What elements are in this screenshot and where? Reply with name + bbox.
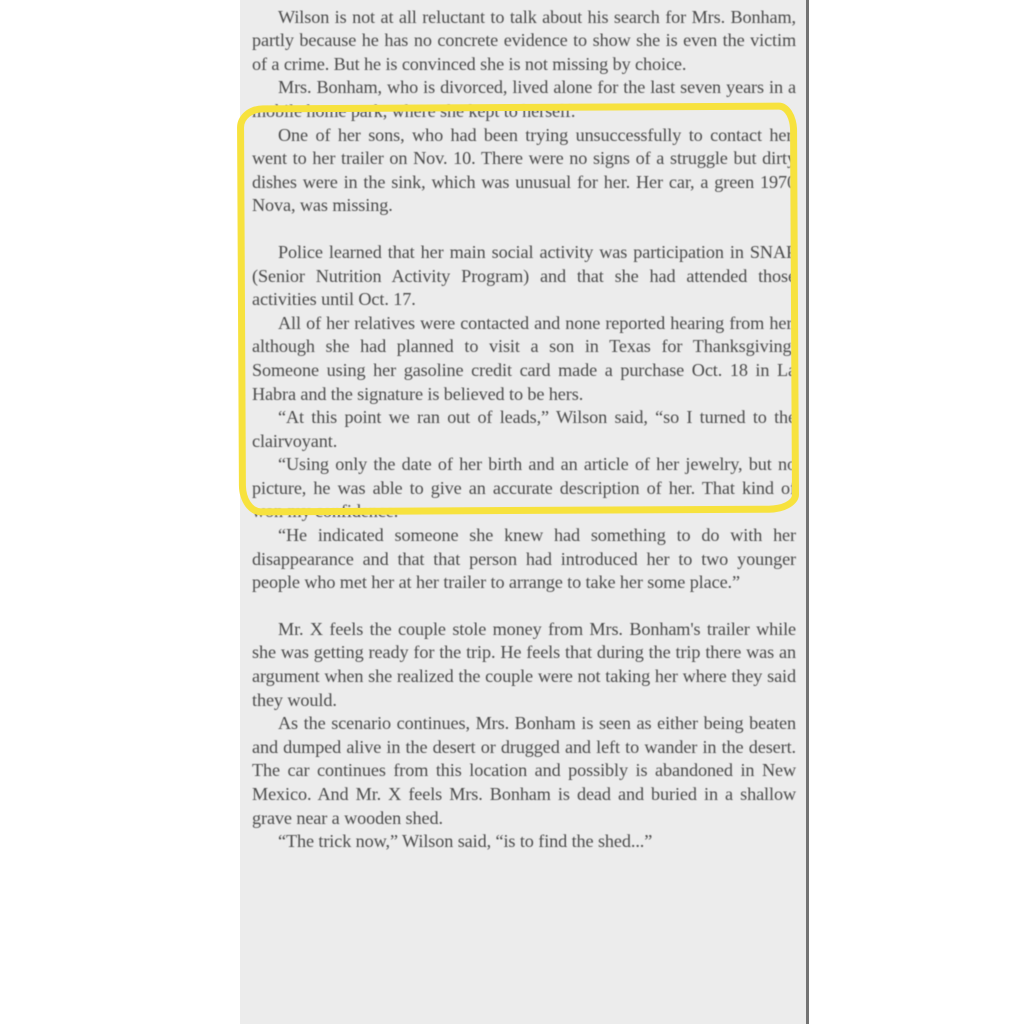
- page: him. Wilson is not at all reluctant to t…: [0, 0, 1024, 1024]
- paragraph-cut-off: “The trick now,” Wilson said, “is to fin…: [252, 830, 796, 854]
- article-column: him. Wilson is not at all reluctant to t…: [252, 0, 796, 854]
- paragraph-bonham-divorced: Mrs. Bonham, who is divorced, lived alon…: [252, 76, 796, 123]
- paragraph-clairvoyant-description: “Using only the date of her birth and an…: [252, 453, 796, 524]
- paragraph-snap-activity: Police learned that her main social acti…: [252, 241, 796, 312]
- paragraph-relatives-contacted: All of her relatives were contacted and …: [252, 312, 796, 406]
- paragraph-wilson-search: Wilson is not at all reluctant to talk a…: [252, 6, 796, 77]
- paragraph-son-visit: One of her sons, who had been trying uns…: [252, 124, 796, 218]
- paragraph-couple-stole-money: Mr. X feels the couple stole money from …: [252, 618, 796, 712]
- column-rule-divider: [806, 0, 809, 1024]
- paragraph-scenario-continues: As the scenario continues, Mrs. Bonham i…: [252, 712, 796, 830]
- paragraph-ran-out-of-leads: “At this point we ran out of leads,” Wil…: [252, 406, 796, 453]
- newspaper-clipping: him. Wilson is not at all reluctant to t…: [240, 0, 806, 1024]
- paragraph-someone-she-knew: “He indicated someone she knew had somet…: [252, 524, 796, 595]
